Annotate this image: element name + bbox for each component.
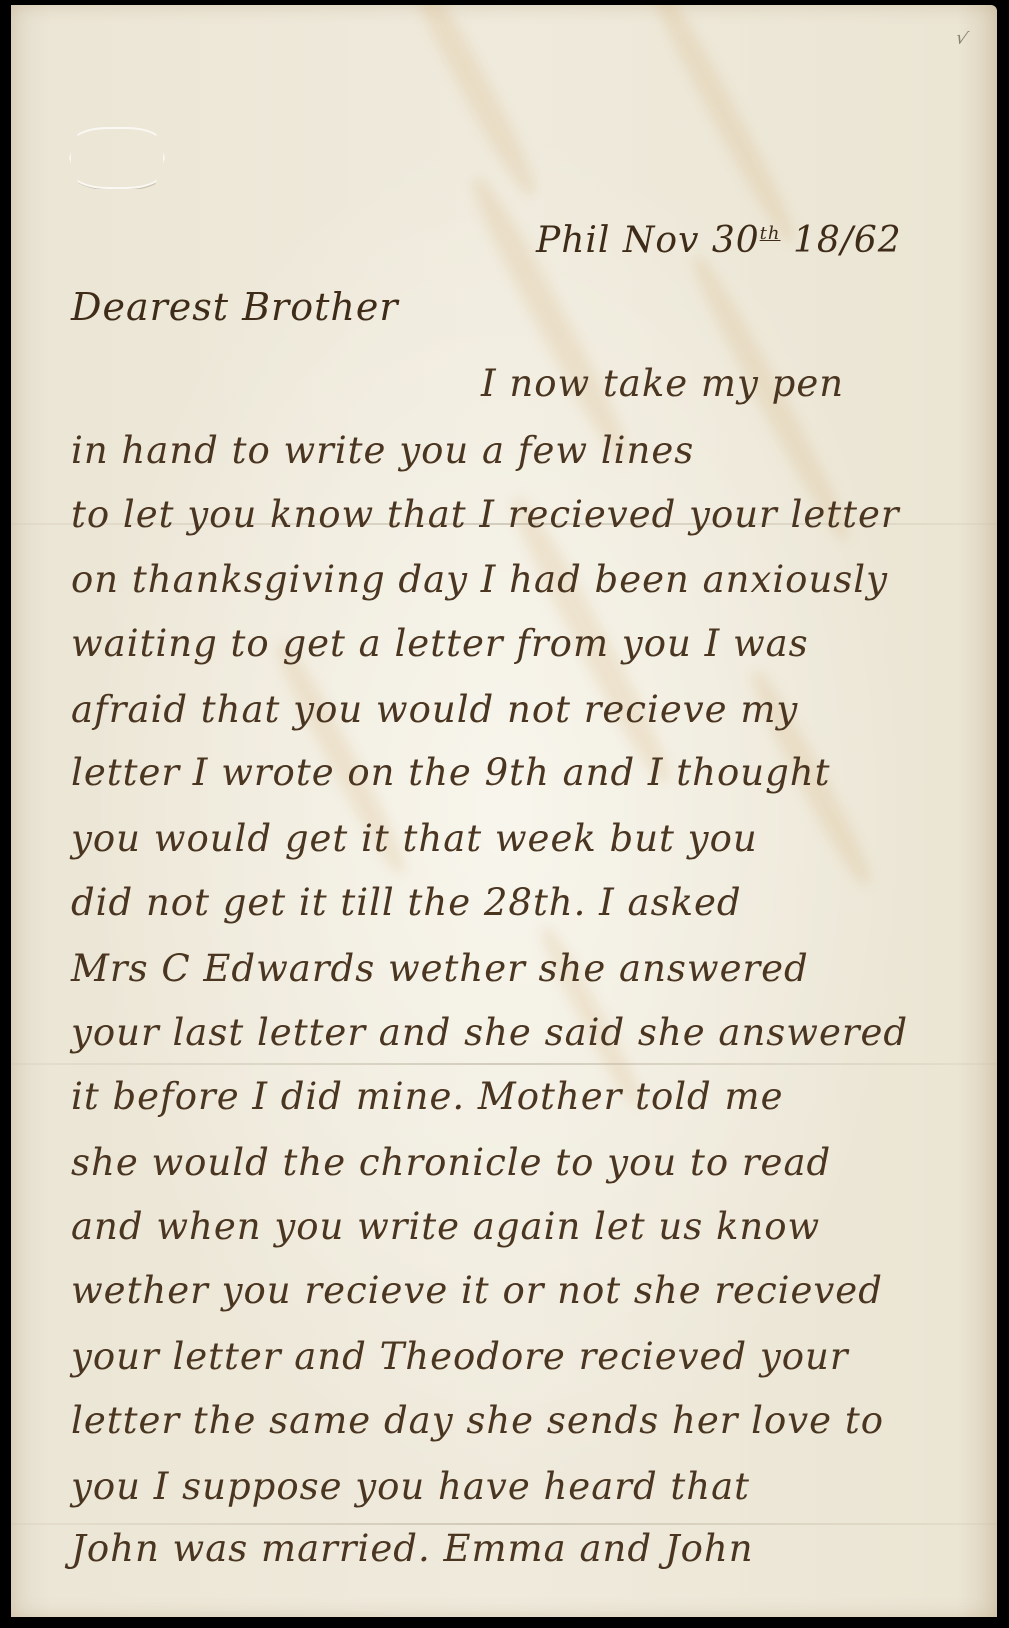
letter-line: you would get it that week but you xyxy=(71,817,758,860)
dateline-day-suffix: th xyxy=(760,223,781,244)
letter-line: on thanksgiving day I had been anxiously xyxy=(71,558,888,601)
letter-line: did not get it till the 28th. I asked xyxy=(71,881,742,924)
letter-line: wether you recieve it or not she recieve… xyxy=(71,1269,883,1312)
ink-bleed-stain xyxy=(639,5,803,247)
paper-fold-line xyxy=(11,1063,997,1065)
dateline-year: 18/62 xyxy=(793,220,902,261)
greeting: Dearest Brother xyxy=(71,285,398,329)
letter-line: waiting to get a letter from you I was xyxy=(71,622,809,665)
letter-line: letter I wrote on the 9th and I thought xyxy=(71,751,830,794)
dateline-month: Nov xyxy=(623,220,700,261)
letter-line: I now take my pen xyxy=(481,362,844,405)
paper-fold-line xyxy=(11,1523,997,1525)
letter-line: afraid that you would not recieve my xyxy=(71,688,798,731)
letter-line: you I suppose you have heard that xyxy=(71,1465,750,1508)
dateline-place: Phil xyxy=(536,220,610,261)
embossed-stationery-mark xyxy=(69,127,165,189)
ink-bleed-stain xyxy=(398,5,545,200)
letter-line: she would the chronicle to you to read xyxy=(71,1141,831,1184)
dateline-day: 30 xyxy=(712,220,760,261)
letter-page: √ Phil Nov 30th 18/62 Dearest Brother I … xyxy=(11,5,997,1617)
letter-line: letter the same day she sends her love t… xyxy=(71,1399,884,1442)
letter-line: to let you know that I recieved your let… xyxy=(71,493,900,536)
letter-line: and when you write again let us know xyxy=(71,1205,820,1248)
ink-bleed-stain xyxy=(463,172,640,469)
dateline: Phil Nov 30th 18/62 xyxy=(536,220,902,261)
letter-line: in hand to write you a few lines xyxy=(71,429,694,472)
letter-line: it before I did mine. Mother told me xyxy=(71,1075,783,1118)
letter-line: your last letter and she said she answer… xyxy=(71,1011,908,1054)
pencil-check-mark: √ xyxy=(953,27,970,50)
letter-line: John was married. Emma and John xyxy=(71,1527,754,1570)
letter-line: your letter and Theodore recieved your xyxy=(71,1335,849,1378)
letter-line: Mrs C Edwards wether she answered xyxy=(71,947,809,990)
